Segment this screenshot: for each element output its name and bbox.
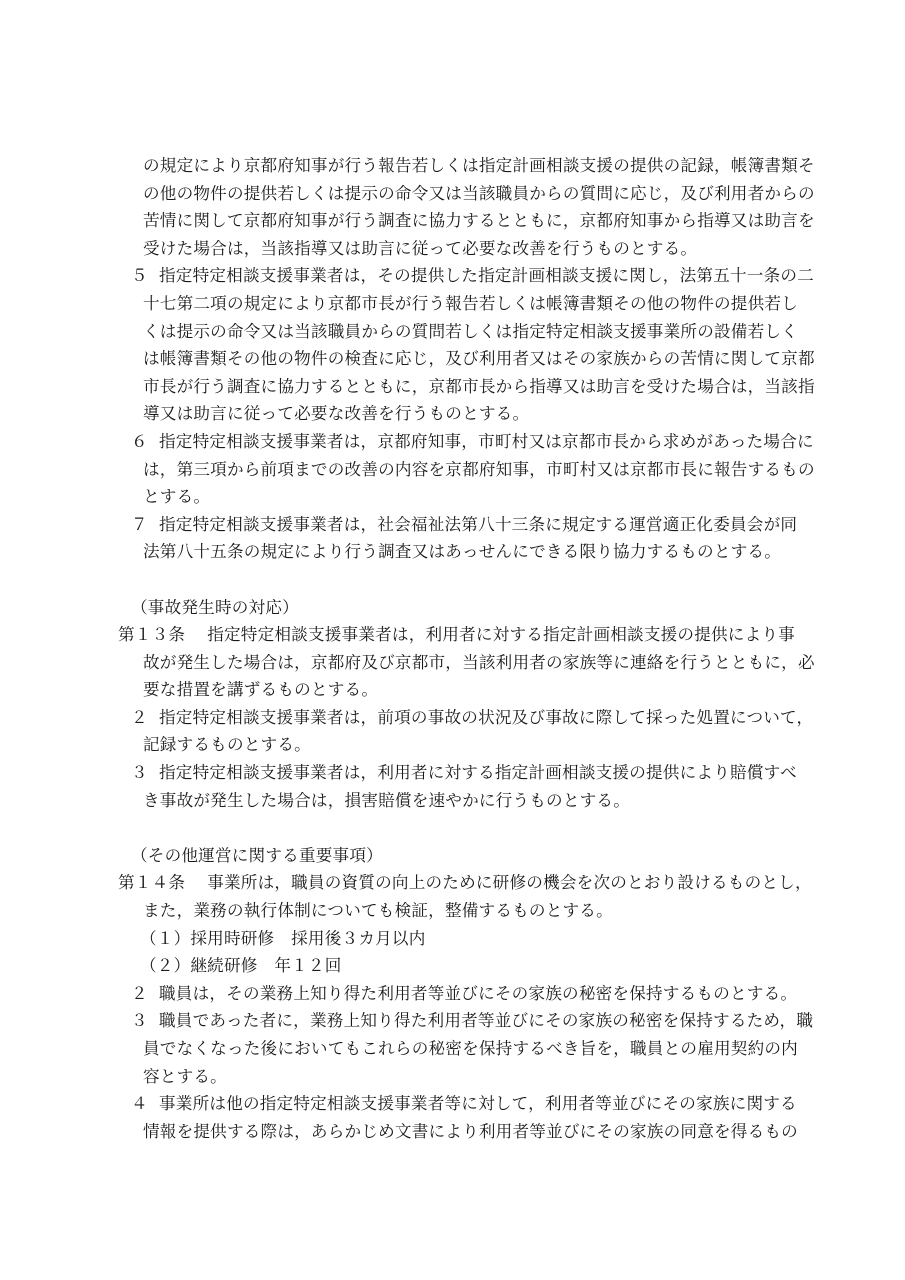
paragraph-number: ３ (131, 1007, 159, 1035)
text: 指定特定相談支援事業者は，その提供した指定計画相談支援に関し，法第五十一条の二 (159, 266, 814, 285)
text: 指定特定相談支援事業者は，前項の事故の状況及び事故に際して採った処置について， (159, 708, 813, 727)
text-line: 要な措置を講ずるものとする。 (0, 676, 905, 704)
paragraph-6-first-line: ６指定特定相談支援事業者は，京都府知事，市町村又は京都市長から求めがあった場合に (0, 428, 905, 456)
text-line: 十七第二項の規定により京都市長が行う報告若しくは帳簿書類その他の物件の提供若し (0, 290, 905, 318)
paragraph-number: ２ (131, 704, 159, 732)
text-line: 員でなくなった後においてもこれらの秘密を保持するべき旨を，職員との雇用契約の内 (0, 1035, 905, 1063)
text-line: くは提示の命令又は当該職員からの質問若しくは指定特定相談支援事業所の設備若しく (0, 318, 905, 346)
text-line: 容とする。 (0, 1063, 905, 1091)
text-line: き事故が発生した場合は，損害賠償を速やかに行うものとする。 (0, 787, 905, 815)
text-line: は帳簿書類その他の物件の検査に応じ，及び利用者又はその家族からの苦情に関して京都 (0, 345, 905, 373)
text-line: 受けた場合は，当該指導又は助言に従って必要な改善を行うものとする。 (0, 235, 905, 263)
paragraph-number: ７ (131, 511, 159, 539)
text: 指定特定相談支援事業者は，社会福祉法第八十三条に規定する運営適正化委員会が同 (159, 515, 797, 534)
article-14-paragraph-2: ２職員は，その業務上知り得た利用者等並びにその家族の秘密を保持するものとする。 (0, 980, 905, 1008)
paragraph-7-first-line: ７指定特定相談支援事業者は，社会福祉法第八十三条に規定する運営適正化委員会が同 (0, 511, 905, 539)
article-14-paragraph-4: ４事業所は他の指定特定相談支援事業者等に対して，利用者等並びにその家族に関する (0, 1090, 905, 1118)
paragraph-number: ４ (131, 1090, 159, 1118)
text: 指定特定相談支援事業者は，京都府知事，市町村又は京都市長から求めがあった場合に (159, 432, 814, 451)
article-14-paragraph-3: ３職員であった者に，業務上知り得た利用者等並びにその家族の秘密を保持するため，職 (0, 1007, 905, 1035)
paragraph-number: ２ (131, 980, 159, 1008)
text-line: 故が発生した場合は，京都府及び京都市，当該利用者の家族等に連絡を行うとともに，必 (0, 649, 905, 677)
article-label: 第１３条 (118, 625, 185, 644)
text: 事業所は，職員の資質の向上のために研修の機会を次のとおり設けるものとし， (207, 873, 812, 892)
article-13-first-line: 第１３条指定特定相談支援事業者は，利用者に対する指定計画相談支援の提供により事 (0, 621, 905, 649)
section-heading-other-operations: （その他運営に関する重要事項） (0, 842, 905, 870)
text: 事業所は他の指定特定相談支援事業者等に対して，利用者等並びにその家族に関する (159, 1094, 797, 1113)
training-item-1: （１）採用時研修 採用後３カ月以内 (0, 925, 905, 953)
text: 指定特定相談支援事業者は，利用者に対する指定計画相談支援の提供により賠償すべ (159, 763, 797, 782)
spacer (0, 814, 905, 842)
text: 指定特定相談支援事業者は，利用者に対する指定計画相談支援の提供により事 (207, 625, 795, 644)
text-line: 導又は助言に従って必要な改善を行うものとする。 (0, 400, 905, 428)
section-heading-accident: （事故発生時の対応） (0, 594, 905, 622)
text: 職員は，その業務上知り得た利用者等並びにその家族の秘密を保持するものとする。 (159, 984, 797, 1003)
text-line: また，業務の執行体制についても検証，整備するものとする。 (0, 897, 905, 925)
article-13-paragraph-2: ２指定特定相談支援事業者は，前項の事故の状況及び事故に際して採った処置について， (0, 704, 905, 732)
training-item-2: （２）継続研修 年１２回 (0, 952, 905, 980)
text-line: の他の物件の提供若しくは提示の命令又は当該職員からの質問に応じ，及び利用者からの (0, 180, 905, 208)
text-line: の規定により京都府知事が行う報告若しくは指定計画相談支援の提供の記録，帳簿書類そ (0, 152, 905, 180)
text-line: は，第三項から前項までの改善の内容を京都府知事，市町村又は京都市長に報告するもの (0, 456, 905, 484)
paragraph-number: ３ (131, 759, 159, 787)
text-line: 法第八十五条の規定により行う調査又はあっせんにできる限り協力するものとする。 (0, 538, 905, 566)
text-line: とする。 (0, 483, 905, 511)
text-line: 市長が行う調査に協力するとともに，京都市長から指導又は助言を受けた場合は，当該指 (0, 373, 905, 401)
text-line: 情報を提供する際は，あらかじめ文書により利用者等並びにその家族の同意を得るもの (0, 1118, 905, 1146)
document-page: の規定により京都府知事が行う報告若しくは指定計画相談支援の提供の記録，帳簿書類そ… (0, 152, 905, 1145)
text: 職員であった者に，業務上知り得た利用者等並びにその家族の秘密を保持するため，職 (159, 1011, 813, 1030)
article-13-paragraph-3: ３指定特定相談支援事業者は，利用者に対する指定計画相談支援の提供により賠償すべ (0, 759, 905, 787)
paragraph-number: ５ (131, 262, 159, 290)
paragraph-number: ６ (131, 428, 159, 456)
article-label: 第１４条 (118, 873, 185, 892)
paragraph-5-first-line: ５指定特定相談支援事業者は，その提供した指定計画相談支援に関し，法第五十一条の二 (0, 262, 905, 290)
article-14-first-line: 第１４条事業所は，職員の資質の向上のために研修の機会を次のとおり設けるものとし， (0, 869, 905, 897)
text-line: 苦情に関して京都府知事が行う調査に協力するとともに，京都府知事から指導又は助言を (0, 207, 905, 235)
text-line: 記録するものとする。 (0, 731, 905, 759)
spacer (0, 566, 905, 594)
